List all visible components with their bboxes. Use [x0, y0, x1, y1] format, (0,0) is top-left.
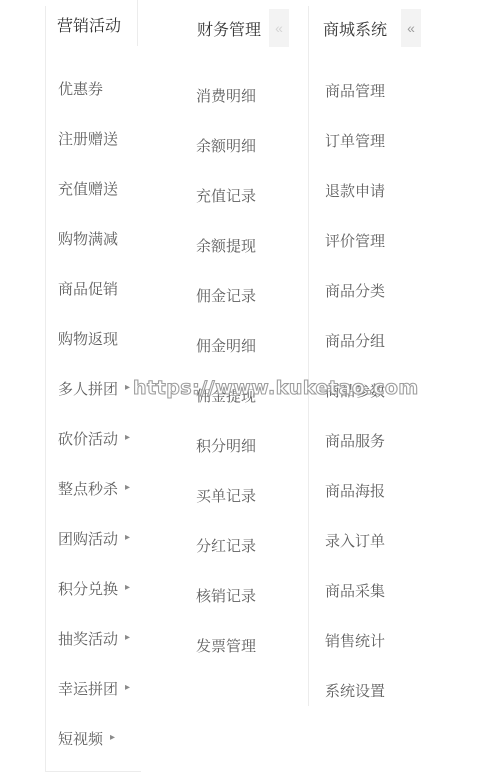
menu-item-label: 系统设置: [325, 680, 385, 701]
menu-item-label: 佣金记录: [196, 285, 256, 306]
menu-item[interactable]: 商品海报: [310, 465, 425, 515]
menu-item-label: 商品管理: [325, 80, 385, 101]
panel-bottom-border: [45, 771, 141, 772]
menu-item[interactable]: 幸运拼团▸: [45, 663, 157, 713]
menu-item-label: 充值赠送: [58, 178, 118, 199]
menu-item-label: 买单记录: [196, 485, 256, 506]
menu-header-finance[interactable]: 财务管理: [197, 20, 261, 42]
menu-item-label: 砍价活动: [58, 428, 118, 449]
submenu-arrow-icon: ▸: [125, 483, 130, 493]
menu-item[interactable]: 佣金提现: [165, 370, 305, 420]
submenu-arrow-icon: ▸: [125, 583, 130, 593]
column-divider: [308, 6, 309, 706]
menu-item[interactable]: 买单记录: [165, 470, 305, 520]
menu-item[interactable]: 充值赠送: [45, 163, 157, 213]
menu-item[interactable]: 积分兑换▸: [45, 563, 157, 613]
menu-item[interactable]: 多人拼团▸: [45, 363, 157, 413]
menu-header-mall[interactable]: 商城系统: [323, 20, 387, 42]
menu-item-label: 商品服务: [325, 430, 385, 451]
submenu-arrow-icon: ▸: [125, 533, 130, 543]
menu-item[interactable]: 分红记录: [165, 520, 305, 570]
menu-item[interactable]: 整点秒杀▸: [45, 463, 157, 513]
menu-item[interactable]: 商品分类: [310, 265, 425, 315]
menu-item-label: 录入订单: [325, 530, 385, 551]
menu-item[interactable]: 砍价活动▸: [45, 413, 157, 463]
menu-item[interactable]: 商品分组: [310, 315, 425, 365]
submenu-arrow-icon: ▸: [125, 683, 130, 693]
menu-item[interactable]: 销售统计: [310, 615, 425, 665]
menu-item[interactable]: 订单管理: [310, 115, 425, 165]
menu-item-label: 佣金提现: [196, 385, 256, 406]
menu-item-label: 短视频: [58, 728, 103, 749]
header-divider: [137, 0, 138, 46]
menu-item-label: 商品分组: [325, 330, 385, 351]
submenu-arrow-icon: ▸: [125, 633, 130, 643]
menu-item[interactable]: 商品采集: [310, 565, 425, 615]
menu-item[interactable]: 充值记录: [165, 170, 305, 220]
menu-item-label: 佣金明细: [196, 335, 256, 356]
menu-item-label: 订单管理: [325, 130, 385, 151]
menu-item[interactable]: 注册赠送: [45, 113, 157, 163]
menu-item-label: 注册赠送: [58, 128, 118, 149]
menu-item-label: 积分兑换: [58, 578, 118, 599]
menu-item[interactable]: 购物返现: [45, 313, 157, 363]
menu-item[interactable]: 商品参数: [310, 365, 425, 415]
menu-item-label: 退款申请: [325, 180, 385, 201]
menu-item-label: 积分明细: [196, 435, 256, 456]
menu-item-label: 充值记录: [196, 185, 256, 206]
submenu-arrow-icon: ▸: [125, 383, 130, 393]
chevron-double-left-icon: «: [275, 21, 283, 35]
chevron-double-left-icon: «: [407, 21, 415, 35]
menu-item[interactable]: 积分明细: [165, 420, 305, 470]
mall-collapse-button[interactable]: «: [401, 9, 421, 47]
menu-item-label: 团购活动: [58, 528, 118, 549]
finance-collapse-button[interactable]: «: [269, 9, 289, 47]
menu-item[interactable]: 购物满减: [45, 213, 157, 263]
menu-item[interactable]: 短视频▸: [45, 713, 157, 763]
menu-item[interactable]: 余额明细: [165, 120, 305, 170]
menu-item[interactable]: 商品服务: [310, 415, 425, 465]
menu-item[interactable]: 余额提现: [165, 220, 305, 270]
menu-item[interactable]: 退款申请: [310, 165, 425, 215]
menu-item-label: 商品分类: [325, 280, 385, 301]
menu-header-marketing[interactable]: 营销活动: [57, 16, 121, 38]
menu-item[interactable]: 商品促销: [45, 263, 157, 313]
menu-item[interactable]: 录入订单: [310, 515, 425, 565]
menu-item[interactable]: 优惠券: [45, 63, 157, 113]
menu-item[interactable]: 发票管理: [165, 620, 305, 670]
menu-item-label: 优惠券: [58, 78, 103, 99]
menu-item-label: 整点秒杀: [58, 478, 118, 499]
menu-item[interactable]: 抽奖活动▸: [45, 613, 157, 663]
menu-item-label: 购物返现: [58, 328, 118, 349]
menu-item-label: 核销记录: [196, 585, 256, 606]
menu-item-label: 发票管理: [196, 635, 256, 656]
menu-item-label: 多人拼团: [58, 378, 118, 399]
submenu-arrow-icon: ▸: [125, 433, 130, 443]
menu-item-label: 分红记录: [196, 535, 256, 556]
menu-item[interactable]: 佣金记录: [165, 270, 305, 320]
menu-item[interactable]: 核销记录: [165, 570, 305, 620]
menu-item[interactable]: 商品管理: [310, 65, 425, 115]
menu-item[interactable]: 团购活动▸: [45, 513, 157, 563]
submenu-arrow-icon: ▸: [110, 733, 115, 743]
menu-item-label: 商品促销: [58, 278, 118, 299]
marketing-menu-panel: 优惠券注册赠送充值赠送购物满减商品促销购物返现多人拼团▸砍价活动▸整点秒杀▸团购…: [45, 63, 157, 763]
menu-item-label: 抽奖活动: [58, 628, 118, 649]
menu-item-label: 幸运拼团: [58, 678, 118, 699]
menu-item[interactable]: 佣金明细: [165, 320, 305, 370]
menu-item-label: 消费明细: [196, 85, 256, 106]
menu-item[interactable]: 系统设置: [310, 665, 425, 715]
menu-item-label: 商品参数: [325, 380, 385, 401]
finance-menu-panel: 消费明细余额明细充值记录余额提现佣金记录佣金明细佣金提现积分明细买单记录分红记录…: [165, 70, 305, 670]
menu-item-label: 余额明细: [196, 135, 256, 156]
menu-item-label: 商品海报: [325, 480, 385, 501]
mall-menu-panel: 商品管理订单管理退款申请评价管理商品分类商品分组商品参数商品服务商品海报录入订单…: [310, 65, 425, 715]
menu-item-label: 余额提现: [196, 235, 256, 256]
menu-item-label: 评价管理: [325, 230, 385, 251]
menu-item[interactable]: 评价管理: [310, 215, 425, 265]
menu-item-label: 销售统计: [325, 630, 385, 651]
menu-item-label: 购物满减: [58, 228, 118, 249]
menu-item[interactable]: 消费明细: [165, 70, 305, 120]
menu-item-label: 商品采集: [325, 580, 385, 601]
